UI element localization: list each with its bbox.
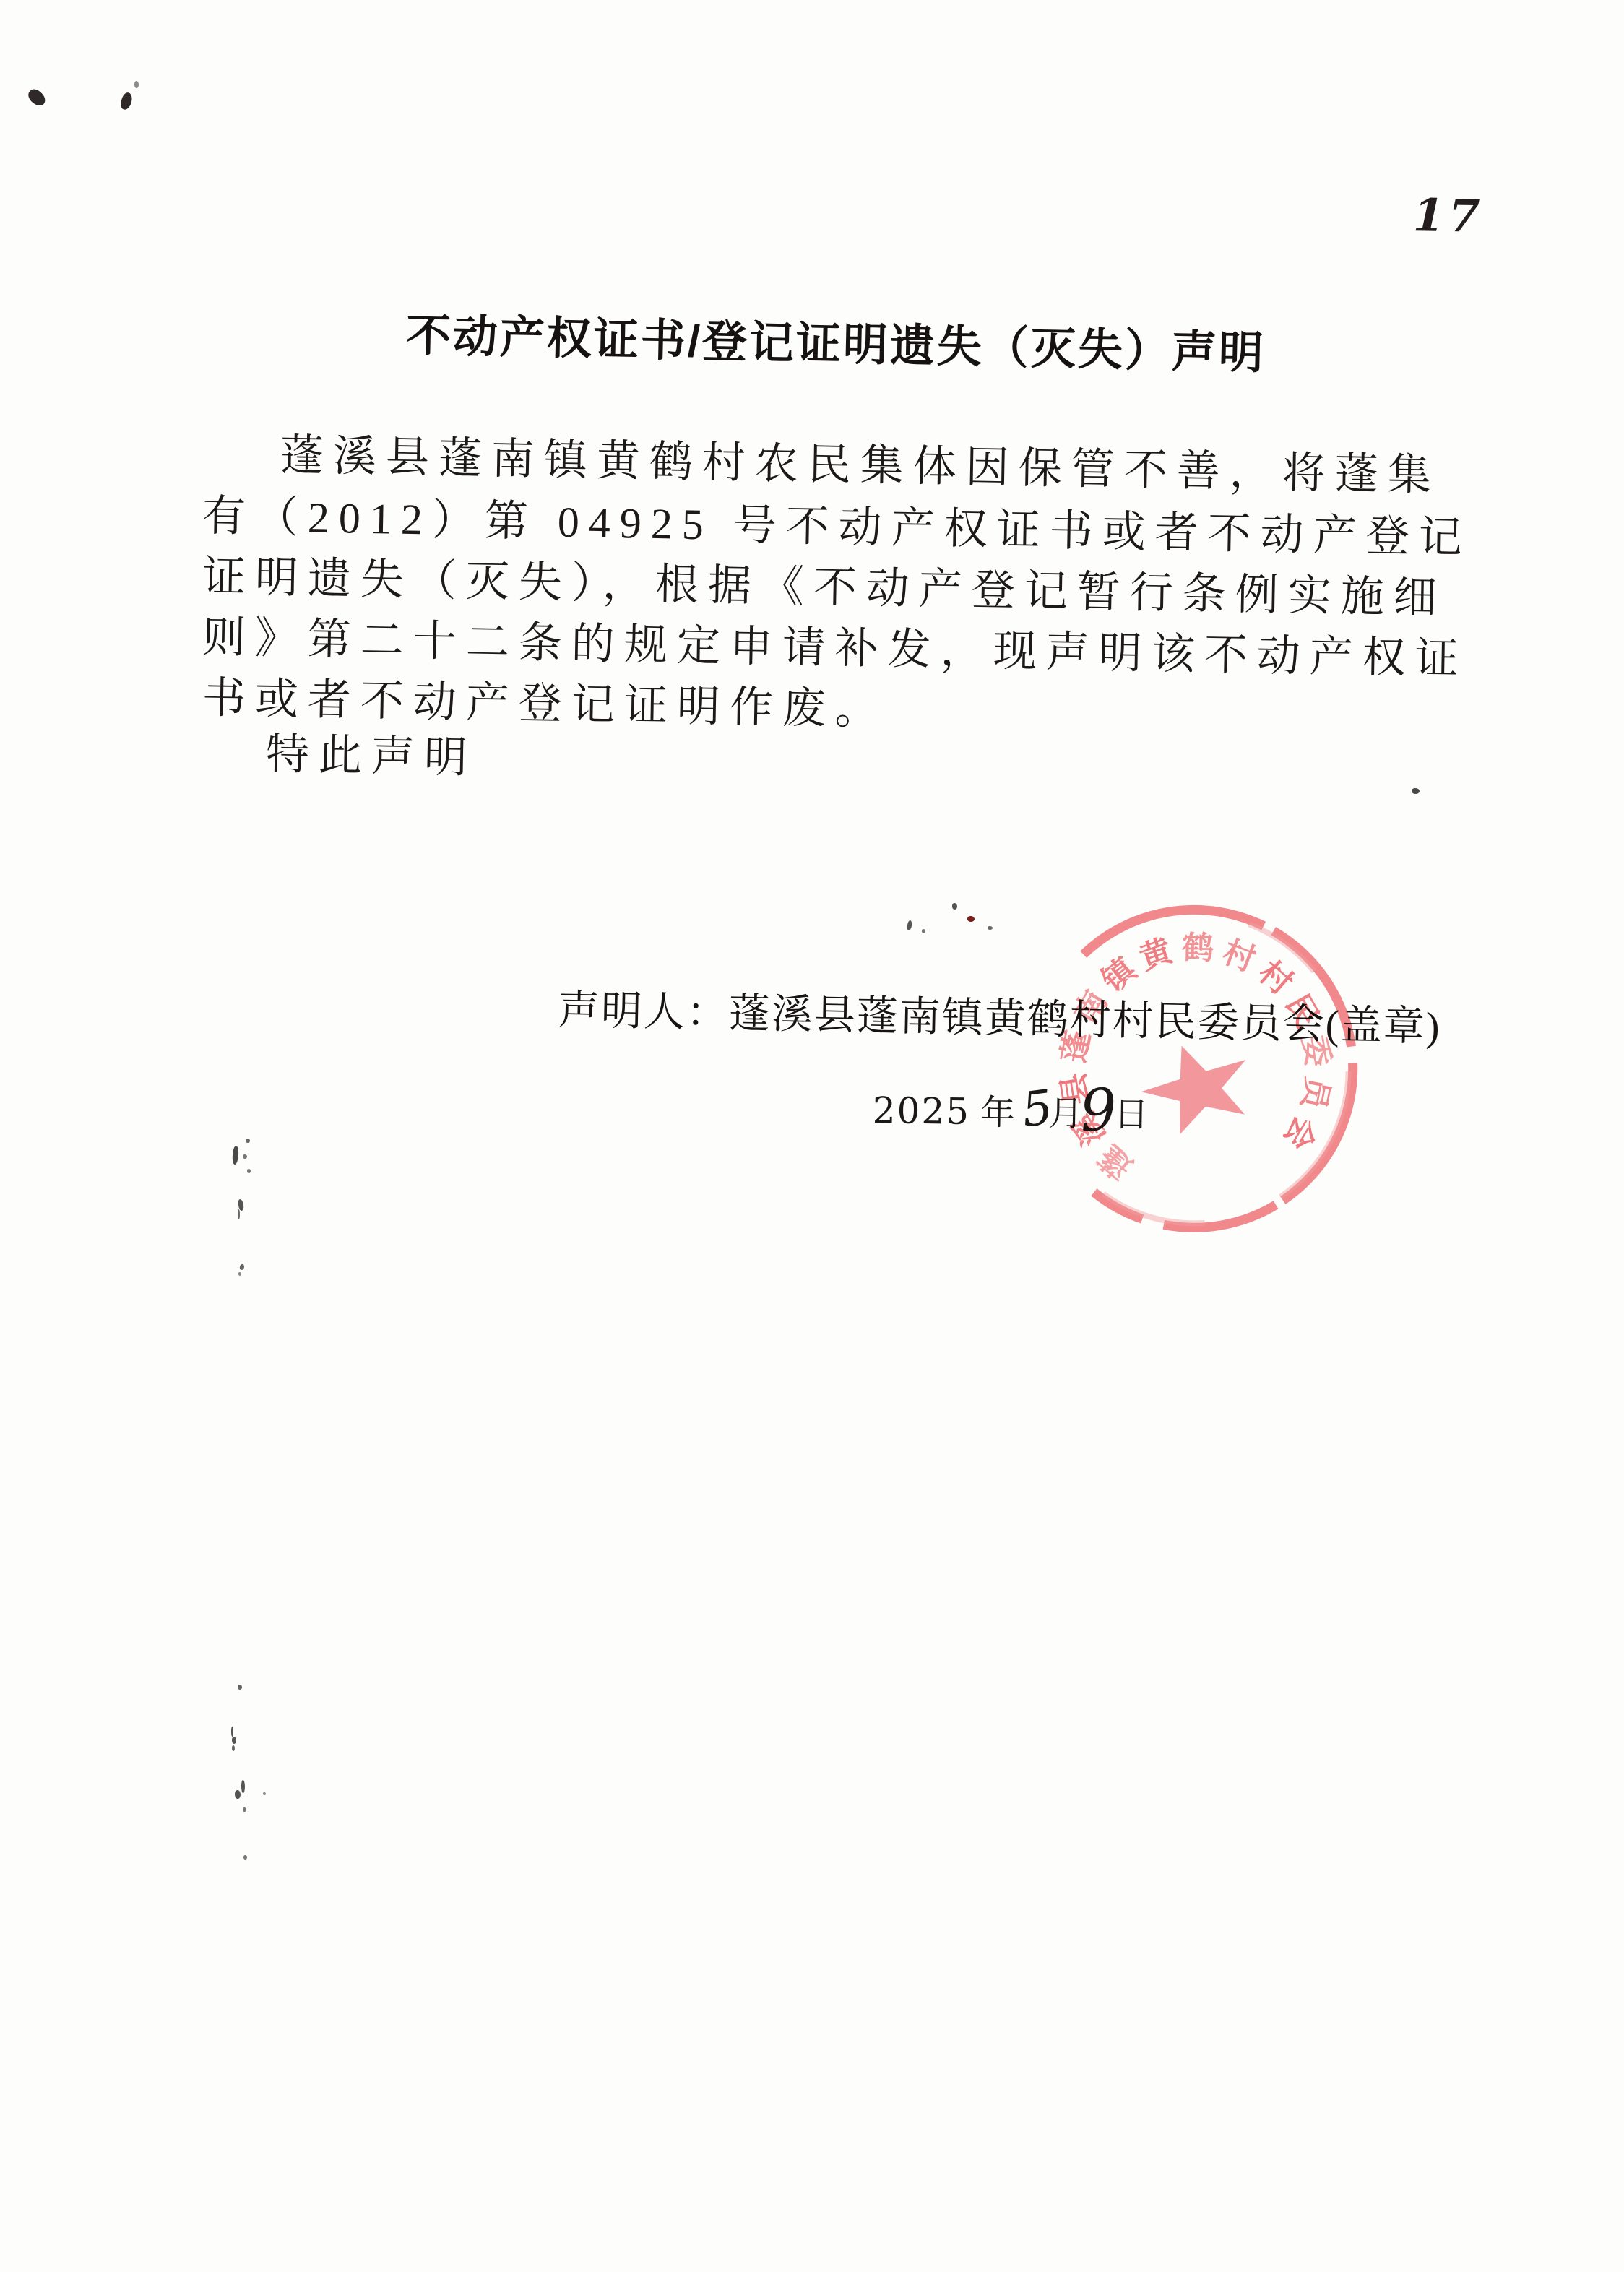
ink-speck bbox=[239, 1264, 245, 1271]
ink-speck bbox=[231, 1727, 233, 1737]
date-year: 2025 bbox=[872, 1089, 970, 1133]
official-red-seal-stamp: 蓬溪县蓬南镇黄鹤村村民委员会 bbox=[998, 873, 1394, 1268]
ink-speck bbox=[243, 1855, 247, 1860]
ink-speck bbox=[952, 903, 957, 910]
ink-speck bbox=[988, 926, 993, 930]
ink-speck bbox=[967, 916, 975, 922]
ink-speck bbox=[119, 91, 134, 111]
seal-ring-char: 鹤 bbox=[1181, 932, 1215, 966]
ink-speck bbox=[263, 1792, 266, 1795]
ink-speck bbox=[922, 929, 925, 933]
ink-speck bbox=[134, 81, 139, 88]
ink-speck bbox=[238, 1209, 240, 1219]
seal-ring-char: 县 bbox=[1057, 1070, 1095, 1108]
ink-speck bbox=[238, 1685, 242, 1690]
date-year-label: 年 bbox=[980, 1084, 1016, 1135]
ink-speck bbox=[232, 1745, 235, 1751]
page-number: 17 bbox=[1412, 189, 1485, 243]
document-title: 不动产权证书/登记证明遗失（灭失）声明 bbox=[405, 299, 1266, 381]
ink-speck bbox=[232, 1146, 239, 1165]
ink-speck bbox=[25, 87, 48, 109]
seal-ring-char: 员 bbox=[1295, 1074, 1334, 1113]
seal-ring-char: 蓬 bbox=[1057, 1027, 1096, 1066]
ink-speck bbox=[241, 1780, 245, 1793]
seal-ring-char: 委 bbox=[1297, 1032, 1335, 1070]
ink-speck bbox=[243, 1807, 246, 1812]
ink-speck bbox=[232, 1737, 236, 1744]
ink-speck bbox=[238, 1272, 241, 1276]
ink-speck bbox=[247, 1169, 251, 1173]
closing-statement: 特此声明 bbox=[265, 720, 477, 785]
ink-speck bbox=[1412, 788, 1420, 794]
red-star-icon bbox=[1129, 1029, 1264, 1140]
ink-speck bbox=[907, 920, 912, 931]
ink-speck bbox=[235, 1790, 241, 1799]
ink-speck bbox=[246, 1139, 250, 1143]
ink-speck bbox=[243, 1154, 247, 1159]
